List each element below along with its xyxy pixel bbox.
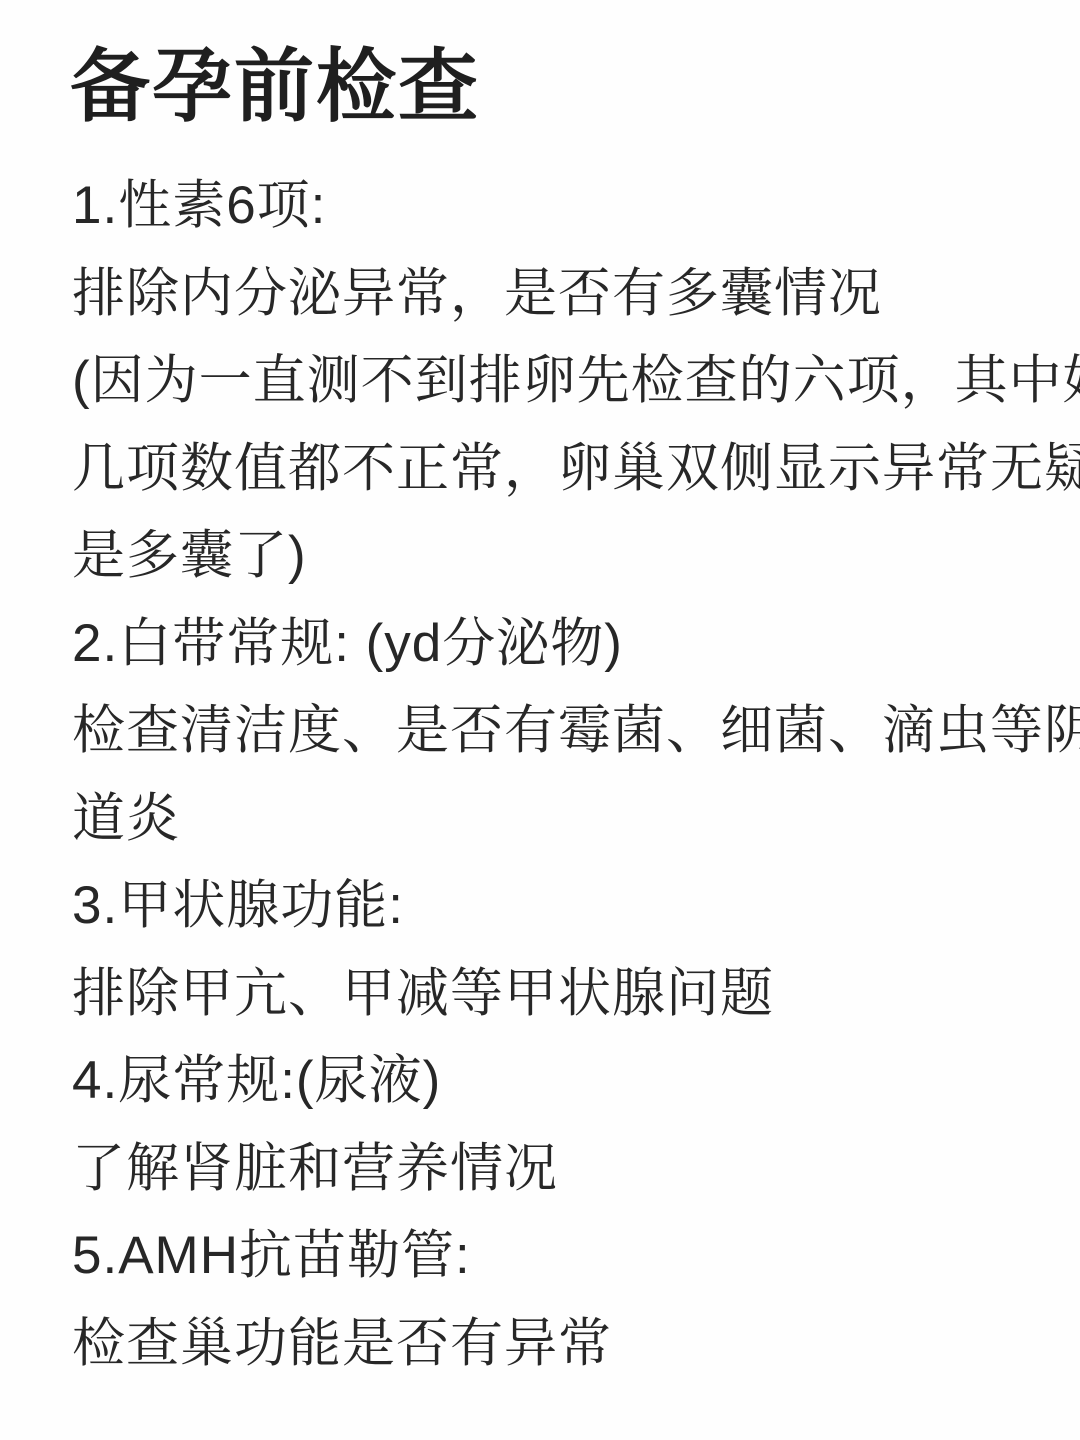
text-line: 4.尿常规:(尿液) <box>72 1037 1044 1125</box>
text-line: 3.甲状腺功能: <box>72 862 1044 950</box>
text-line: 排除甲亢、甲减等甲状腺问题 <box>72 950 1044 1038</box>
text-line: 是多囊了) <box>72 512 1044 600</box>
text-line: 1.性素6项: <box>72 162 1044 250</box>
text-line: 了解肾脏和营养情况 <box>72 1125 1044 1213</box>
text-lines: 1.性素6项:排除内分泌异常，是否有多囊情况(因为一直测不到排卵先检查的六项，其… <box>0 134 1080 1387</box>
text-line: 2.白带常规: (yd分泌物) <box>72 600 1044 688</box>
text-line: 检查巢功能是否有异常 <box>72 1300 1044 1388</box>
text-line: 几项数值都不正常，卵巢双侧显示异常无疑 <box>72 425 1044 513</box>
text-line: (因为一直测不到排卵先检查的六项，其中好 <box>72 337 1044 425</box>
page-title: 备孕前检查 <box>0 0 1080 134</box>
document-page: 备孕前检查 1.性素6项:排除内分泌异常，是否有多囊情况(因为一直测不到排卵先检… <box>0 0 1080 1440</box>
text-line: 道炎 <box>72 775 1044 863</box>
text-line: 检查清洁度、是否有霉菌、细菌、滴虫等阴 <box>72 687 1044 775</box>
text-line: 5.AMH抗苗勒管: <box>72 1212 1044 1300</box>
text-line: 排除内分泌异常，是否有多囊情况 <box>72 250 1044 338</box>
